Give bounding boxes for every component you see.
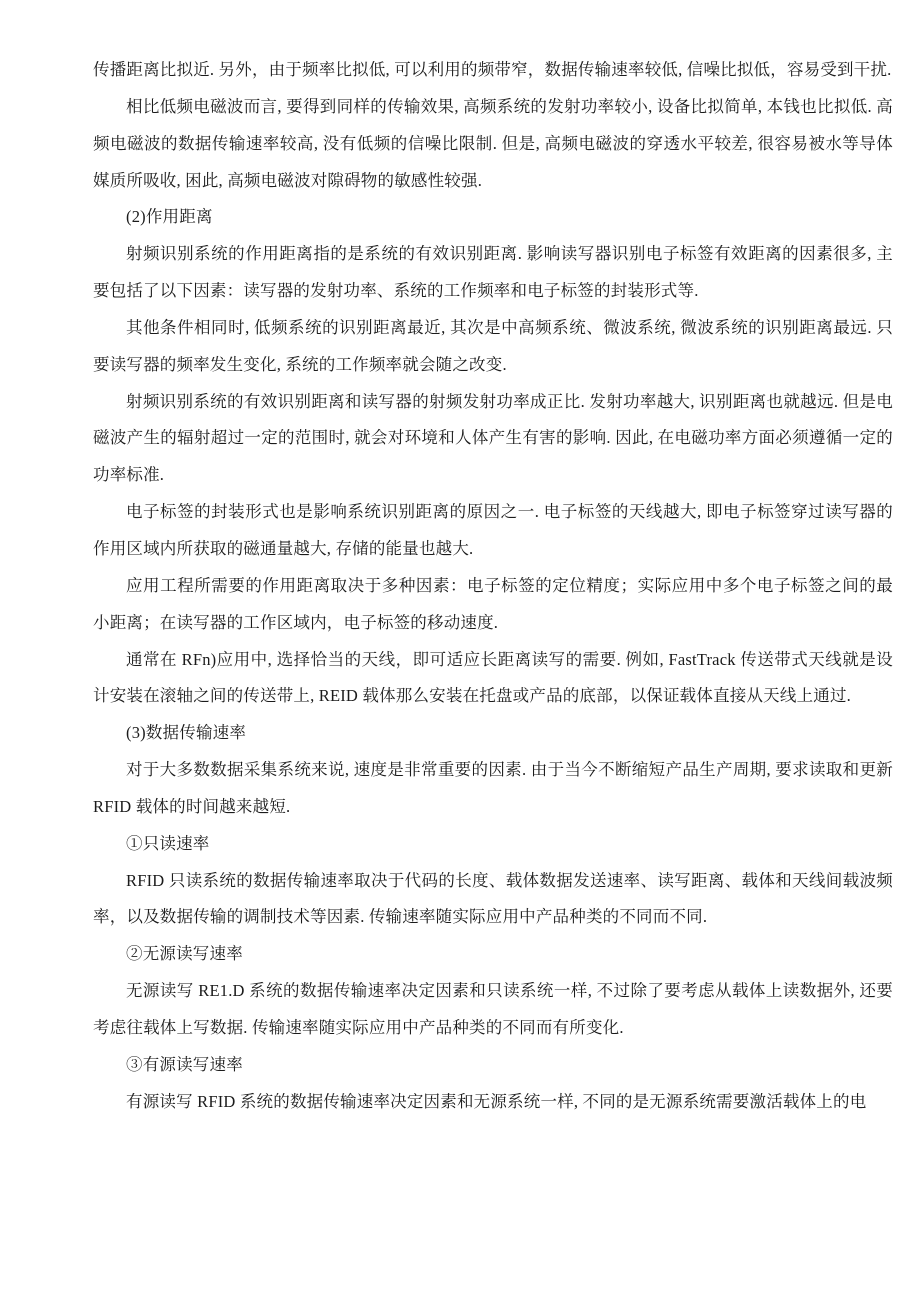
paragraph: RFID 只读系统的数据传输速率取决于代码的长度、载体数据发送速率、读写距离、载… [93,863,893,937]
paragraph: 应用工程所需要的作用距离取决于多种因素：电子标签的定位精度；实际应用中多个电子标… [93,568,893,642]
subheading-active-rw-rate: ③有源读写速率 [93,1047,893,1084]
subheading-read-only-rate: ①只读速率 [93,826,893,863]
paragraph: 无源读写 RE1.D 系统的数据传输速率决定因素和只读系统一样, 不过除了要考虑… [93,973,893,1047]
paragraph: 通常在 RFn)应用中, 选择恰当的天线，即可适应长距离读写的需要. 例如, F… [93,642,893,716]
section-heading-2: (2)作用距离 [93,199,893,236]
paragraph: 电子标签的封装形式也是影响系统识别距离的原因之一. 电子标签的天线越大, 即电子… [93,494,893,568]
paragraph: 射频识别系统的有效识别距离和读写器的射频发射功率成正比. 发射功率越大, 识别距… [93,384,893,495]
document-body: 传播距离比拟近. 另外，由于频率比拟低, 可以利用的频带窄，数据传输速率较低, … [93,52,893,1120]
section-heading-3: (3)数据传输速率 [93,715,893,752]
paragraph: 对于大多数数据采集系统来说, 速度是非常重要的因素. 由于当今不断缩短产品生产周… [93,752,893,826]
paragraph: 相比低频电磁波而言, 要得到同样的传输效果, 高频系统的发射功率较小, 设备比拟… [93,89,893,200]
paragraph: 有源读写 RFID 系统的数据传输速率决定因素和无源系统一样, 不同的是无源系统… [93,1084,893,1121]
paragraph: 其他条件相同时, 低频系统的识别距离最近, 其次是中高频系统、微波系统, 微波系… [93,310,893,384]
subheading-passive-rw-rate: ②无源读写速率 [93,936,893,973]
paragraph-continued: 传播距离比拟近. 另外，由于频率比拟低, 可以利用的频带窄，数据传输速率较低, … [93,52,893,89]
document-page: 传播距离比拟近. 另外，由于频率比拟低, 可以利用的频带窄，数据传输速率较低, … [0,0,920,1301]
paragraph: 射频识别系统的作用距离指的是系统的有效识别距离. 影响读写器识别电子标签有效距离… [93,236,893,310]
